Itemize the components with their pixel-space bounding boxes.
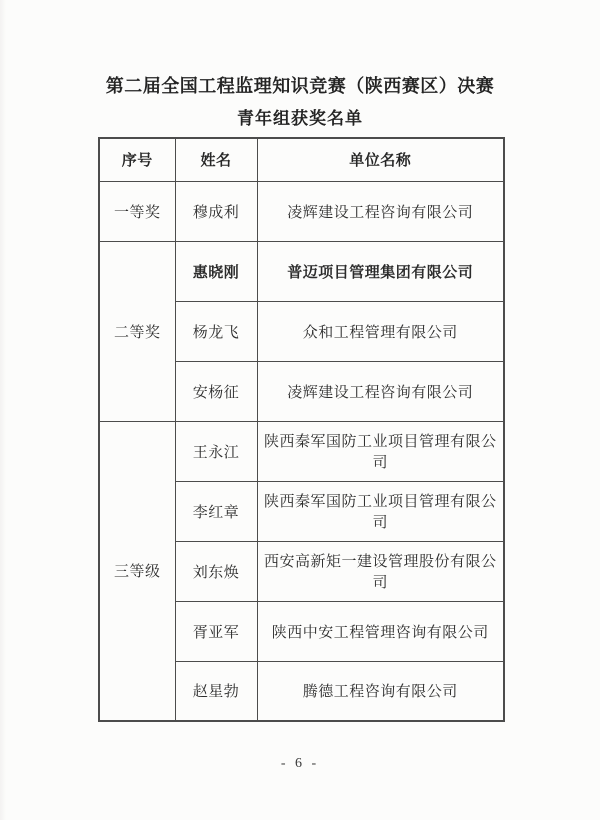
winner-company-cell: 众和工程管理有限公司: [257, 301, 504, 361]
table-row: 二等奖 惠晓刚 普迈项目管理集团有限公司: [99, 241, 504, 301]
winner-name-cell: 安杨征: [175, 361, 257, 421]
document-title-line1: 第二届全国工程监理知识竞赛（陕西赛区）决赛: [0, 72, 600, 98]
winner-company-cell: 陕西中安工程管理咨询有限公司: [257, 601, 504, 661]
column-header-name: 姓名: [175, 138, 257, 181]
winner-company-cell: 陕西秦军国防工业项目管理有限公司: [257, 481, 504, 541]
document-title-line2: 青年组获奖名单: [0, 104, 600, 129]
winner-name-cell: 穆成利: [175, 181, 257, 241]
winner-company-cell-highlighted: 普迈项目管理集团有限公司: [257, 241, 504, 301]
winner-name-cell: 胥亚军: [175, 601, 257, 661]
table-row: 一等奖 穆成利 凌辉建设工程咨询有限公司: [99, 181, 504, 241]
winner-company-cell: 陕西秦军国防工业项目管理有限公司: [257, 421, 504, 481]
winner-company-cell: 腾德工程咨询有限公司: [257, 661, 504, 721]
winner-name-cell: 杨龙飞: [175, 301, 257, 361]
award-cell-second-prize: 二等奖: [99, 241, 175, 421]
award-cell-first-prize: 一等奖: [99, 181, 175, 241]
column-header-company: 单位名称: [257, 138, 504, 181]
winner-company-cell: 西安高新矩一建设管理股份有限公司: [257, 541, 504, 601]
winner-name-cell: 刘东焕: [175, 541, 257, 601]
document-page: 第二届全国工程监理知识竞赛（陕西赛区）决赛 青年组获奖名单 序号 姓名 单位名称…: [0, 0, 600, 820]
page-number: - 6 -: [0, 756, 600, 772]
winner-company-cell: 凌辉建设工程咨询有限公司: [257, 361, 504, 421]
winner-company-cell: 凌辉建设工程咨询有限公司: [257, 181, 504, 241]
winner-name-cell: 李红章: [175, 481, 257, 541]
awards-table: 序号 姓名 单位名称 一等奖 穆成利 凌辉建设工程咨询有限公司 二等奖 惠晓刚 …: [98, 137, 505, 722]
winner-name-cell: 赵星勃: [175, 661, 257, 721]
award-cell-third-prize: 三等级: [99, 421, 175, 721]
column-header-rank: 序号: [99, 138, 175, 181]
table-header-row: 序号 姓名 单位名称: [99, 138, 504, 181]
table-row: 三等级 王永江 陕西秦军国防工业项目管理有限公司: [99, 421, 504, 481]
winner-name-cell-highlighted: 惠晓刚: [175, 241, 257, 301]
winner-name-cell: 王永江: [175, 421, 257, 481]
